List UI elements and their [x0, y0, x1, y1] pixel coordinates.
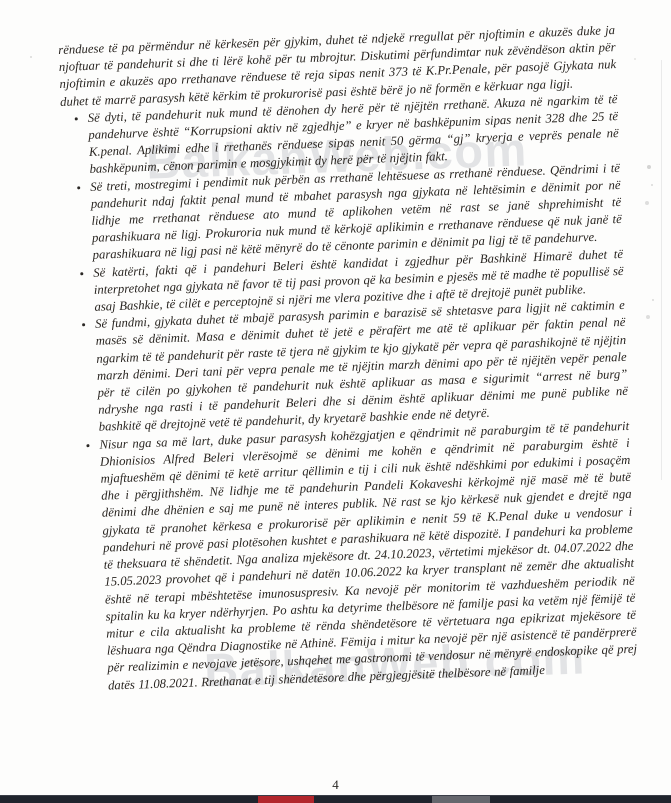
document-viewer: BalkanWeb.com BalkanWeb.com rënduese të … — [0, 0, 671, 803]
bullet-item-se-fundmi: Së fundmi, gjykata duhet të mbajë parasy… — [95, 297, 629, 436]
bottom-bar — [0, 795, 671, 803]
scanned-page-content: rënduese të pa përmëndur në kërkesën për… — [58, 22, 638, 695]
page-number: 4 — [0, 777, 671, 793]
bottom-bar-gray-segment — [432, 796, 490, 803]
scan-edge-artifact — [661, 60, 662, 480]
bullet-item-nisur-nga: Nisur nga sa më lart, duke pasur parasys… — [99, 417, 638, 694]
bottom-bar-red-segment — [258, 796, 314, 803]
scan-noise-specks — [30, 56, 32, 58]
bullet-list: Së dyti, të pandehurit nuk mund të dënoh… — [60, 91, 638, 695]
